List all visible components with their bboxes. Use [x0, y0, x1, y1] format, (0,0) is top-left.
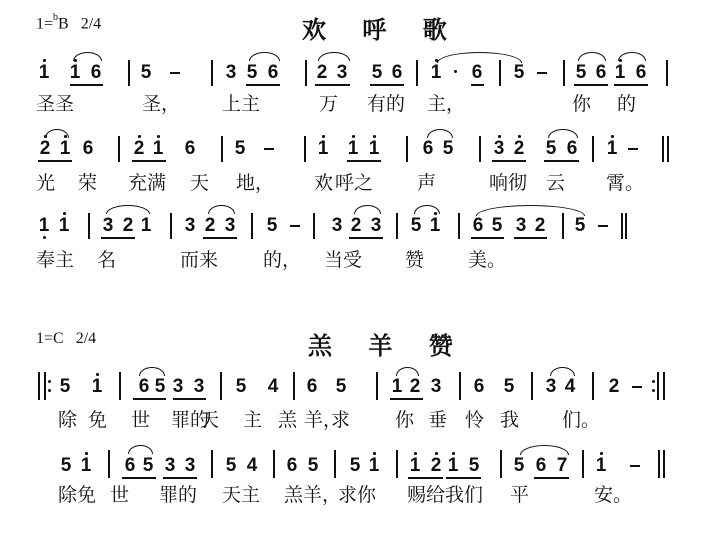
- slur-arc: [427, 129, 453, 138]
- note: 3: [184, 455, 196, 477]
- lyric: 罪的: [159, 484, 197, 506]
- lyric: 你: [572, 93, 591, 115]
- note: 3: [224, 215, 236, 237]
- lyric: 我: [500, 409, 519, 431]
- lyric: 主: [243, 409, 262, 431]
- lyric: 天主: [222, 484, 260, 506]
- slur-arc: [208, 205, 235, 214]
- lyric: 响彻: [489, 172, 527, 194]
- lyric: 万: [319, 93, 338, 115]
- time-signature: 2/4: [76, 330, 96, 347]
- underline-beam: [315, 84, 350, 86]
- lyric: 怜: [465, 409, 484, 431]
- barline: [396, 450, 398, 478]
- underline-beam: [408, 477, 443, 479]
- note: 1: [80, 455, 92, 477]
- dash-hold: [290, 225, 300, 227]
- barline: [499, 60, 501, 86]
- underline-beam: [514, 237, 547, 239]
- slur-arc: [139, 367, 165, 376]
- lyric: 们。: [562, 409, 600, 431]
- lyric: 的: [617, 93, 636, 115]
- note: 5: [307, 455, 319, 477]
- note: 6: [138, 376, 150, 398]
- note: 7: [556, 455, 568, 477]
- barline: [663, 372, 665, 400]
- barline: [119, 372, 121, 400]
- underline-beam: [492, 160, 526, 162]
- barline: [582, 450, 584, 478]
- note: 1: [69, 62, 81, 84]
- note: 6: [286, 455, 298, 477]
- underline-beam: [574, 84, 608, 86]
- note: 5: [545, 138, 557, 160]
- dash-hold: [537, 72, 547, 74]
- note: 2: [122, 215, 134, 237]
- lyric: 上主: [222, 93, 260, 115]
- underline-beam: [203, 237, 237, 239]
- underline-beam: [246, 84, 280, 86]
- lyric: 荣: [78, 172, 97, 194]
- note: 1: [152, 138, 164, 160]
- underline-beam: [349, 237, 383, 239]
- slur-arc: [318, 52, 350, 61]
- note: 6: [472, 215, 484, 237]
- note: 3: [102, 215, 114, 237]
- slur-arc: [437, 52, 522, 63]
- note: 5: [513, 62, 525, 84]
- lyric: 主，: [427, 93, 465, 115]
- repeat-dot: [48, 380, 51, 383]
- slur-arc: [73, 52, 102, 61]
- note: 5: [349, 455, 361, 477]
- note: 5: [225, 455, 237, 477]
- time-signature: 2/4: [81, 15, 101, 32]
- note: 2: [409, 376, 421, 398]
- note: 6: [635, 62, 647, 84]
- note: 5: [266, 215, 278, 237]
- note: 6: [90, 62, 102, 84]
- note: 2: [204, 215, 216, 237]
- slur-arc: [414, 205, 440, 214]
- note: 1: [317, 138, 329, 160]
- lyric: 声: [417, 172, 436, 194]
- note: 3: [184, 215, 196, 237]
- note: 4: [564, 376, 576, 398]
- note: 5: [154, 376, 166, 398]
- note: 3: [164, 455, 176, 477]
- lyric: 地，: [236, 172, 274, 194]
- note: 5: [234, 138, 246, 160]
- barline: [88, 213, 90, 239]
- note: 1: [91, 376, 103, 398]
- lyric: 有的: [367, 93, 405, 115]
- barline: [293, 372, 295, 400]
- lyric: 美。: [468, 249, 506, 271]
- slur-arc: [128, 445, 153, 454]
- note: 1: [140, 215, 152, 237]
- barline: [305, 60, 307, 86]
- note: 6: [306, 376, 318, 398]
- underline-beam: [132, 160, 166, 162]
- repeat-dot: [652, 389, 655, 392]
- note: 3: [193, 376, 205, 398]
- note: 1: [429, 215, 441, 237]
- barline: [621, 213, 623, 239]
- lyric: 免: [88, 409, 107, 431]
- note: 1: [409, 455, 421, 477]
- lyric: 天: [190, 172, 209, 194]
- note: 6: [473, 376, 485, 398]
- underline-beam: [133, 398, 166, 400]
- lyric: 当受: [324, 249, 362, 271]
- note: 6: [82, 138, 94, 160]
- underline-beam: [471, 237, 504, 239]
- note: 1: [347, 138, 359, 160]
- barline: [304, 136, 306, 162]
- barline: [625, 213, 627, 239]
- barline: [376, 372, 378, 400]
- underline-beam: [122, 477, 156, 479]
- dash-hold: [630, 465, 640, 467]
- barline: [531, 372, 533, 400]
- note: 2: [513, 138, 525, 160]
- note: 1: [595, 455, 607, 477]
- lyric: 你: [395, 409, 414, 431]
- note: 6: [471, 62, 483, 84]
- note: 3: [545, 376, 557, 398]
- note: 3: [172, 376, 184, 398]
- note: 5: [575, 62, 587, 84]
- lyric: 名: [97, 249, 116, 271]
- note: 5: [503, 376, 515, 398]
- lyric: 呼之: [335, 172, 373, 194]
- barline: [657, 372, 659, 400]
- barline: [500, 450, 502, 478]
- slur-arc: [550, 367, 575, 376]
- note: 6: [184, 138, 196, 160]
- underline-beam: [70, 84, 103, 86]
- note: 5: [142, 455, 154, 477]
- note: 3: [331, 215, 343, 237]
- note: 5: [491, 215, 503, 237]
- barline: [563, 60, 565, 86]
- barline: [273, 450, 275, 478]
- note: 2: [350, 215, 362, 237]
- note: 1: [614, 62, 626, 84]
- note: 5: [410, 215, 422, 237]
- dash-hold: [170, 72, 180, 74]
- lyric: 平: [510, 484, 529, 506]
- song1-title: 欢 呼 歌: [302, 10, 461, 45]
- note: 1: [447, 455, 459, 477]
- lyric: 羔羊，: [284, 484, 341, 506]
- song1-key-signature: 1=bB 2/4: [36, 14, 101, 33]
- note: 1: [606, 138, 618, 160]
- lyric: 欢: [314, 172, 333, 194]
- note: 3: [225, 62, 237, 84]
- repeat-dot: [652, 380, 655, 383]
- key-prefix: 1=: [36, 15, 53, 32]
- barline: [666, 60, 668, 86]
- barline: [170, 213, 172, 239]
- underline-beam: [544, 160, 579, 162]
- barline: [396, 213, 398, 239]
- barline: [592, 372, 594, 400]
- barline: [479, 136, 481, 162]
- underline-beam: [370, 84, 404, 86]
- barline: [458, 213, 460, 239]
- barline: [108, 450, 110, 478]
- note: 5: [140, 62, 152, 84]
- lyric: 圣，: [142, 93, 180, 115]
- underline-beam: [347, 160, 381, 162]
- barline: [44, 372, 46, 400]
- barline: [592, 136, 594, 162]
- underline-beam: [614, 84, 648, 86]
- lyric: 求你: [338, 484, 376, 506]
- slur-arc: [618, 52, 646, 61]
- note: 1: [38, 62, 50, 84]
- note: 1: [368, 138, 380, 160]
- flat-sign: b: [53, 12, 58, 23]
- note: 5: [235, 376, 247, 398]
- note: 3: [430, 376, 442, 398]
- note: 3: [336, 62, 348, 84]
- repeat-dot: [48, 389, 51, 392]
- lyric: 天: [200, 409, 219, 431]
- underline-beam: [534, 477, 569, 479]
- note: 6: [124, 455, 136, 477]
- barline: [658, 450, 660, 478]
- note: 2: [608, 376, 620, 398]
- lyric: 赐给我们: [407, 484, 483, 506]
- slur-arc: [45, 129, 69, 138]
- lyric: 赞: [405, 249, 424, 271]
- note: 6: [267, 62, 279, 84]
- lyric: 求: [331, 409, 350, 431]
- barline: [662, 136, 664, 162]
- lyric: 奉主: [36, 249, 74, 271]
- note: 3: [370, 215, 382, 237]
- barline: [663, 450, 665, 478]
- slur-arc: [354, 205, 381, 214]
- underline-beam: [390, 398, 423, 400]
- underline-beam: [471, 84, 484, 86]
- note: 4: [267, 376, 279, 398]
- slur-arc: [578, 52, 606, 61]
- note: 3: [493, 138, 505, 160]
- dot-extend: [454, 70, 457, 73]
- note: 1: [368, 455, 380, 477]
- dash-hold: [632, 386, 642, 388]
- note: 1: [59, 138, 71, 160]
- barline: [38, 372, 40, 400]
- barline: [211, 60, 213, 86]
- note: 5: [574, 215, 586, 237]
- note: 5: [442, 138, 454, 160]
- dash-hold: [598, 225, 608, 227]
- barline: [220, 372, 222, 400]
- key-note: B: [58, 15, 69, 32]
- note: 3: [515, 215, 527, 237]
- underline-beam: [101, 237, 135, 239]
- slur-arc: [396, 367, 419, 376]
- song2-title: 羔 羊 赞: [308, 326, 467, 361]
- underline-beam: [38, 160, 72, 162]
- note: 6: [595, 62, 607, 84]
- note: 5: [468, 455, 480, 477]
- lyric: 垂: [428, 409, 447, 431]
- lyric: 光: [36, 172, 55, 194]
- note: 6: [566, 138, 578, 160]
- note: 6: [391, 62, 403, 84]
- note: 6: [535, 455, 547, 477]
- slur-arc: [476, 205, 585, 216]
- lyric: 安。: [594, 484, 632, 506]
- slur-arc: [249, 52, 280, 61]
- slur-arc: [548, 129, 578, 138]
- underline-beam: [173, 398, 206, 400]
- lyric: 云: [546, 172, 565, 194]
- note: 6: [422, 138, 434, 160]
- dash-hold: [264, 148, 274, 150]
- barline: [459, 372, 461, 400]
- note: 5: [513, 455, 525, 477]
- note: 5: [59, 376, 71, 398]
- note: 2: [534, 215, 546, 237]
- barline: [562, 213, 564, 239]
- slur-arc: [520, 445, 569, 455]
- song2-key-signature: 1=C 2/4: [36, 330, 96, 348]
- note: 1: [38, 215, 50, 237]
- note: 2: [133, 138, 145, 160]
- barline: [118, 136, 120, 162]
- note: 1: [58, 215, 70, 237]
- barline: [313, 213, 315, 239]
- note: 4: [246, 455, 258, 477]
- note: 5: [60, 455, 72, 477]
- barline: [251, 213, 253, 239]
- lyric: 充满: [128, 172, 166, 194]
- slur-arc: [106, 205, 150, 214]
- barline: [211, 450, 213, 478]
- barline: [128, 60, 130, 86]
- barline: [221, 136, 223, 162]
- dash-hold: [628, 148, 638, 150]
- note: 5: [335, 376, 347, 398]
- lyric: 羔: [278, 409, 297, 431]
- underline-beam: [446, 477, 481, 479]
- lyric: 霄。: [606, 172, 644, 194]
- barline: [334, 450, 336, 478]
- note: 1: [391, 376, 403, 398]
- lyric: 圣圣: [36, 93, 74, 115]
- note: 2: [430, 455, 442, 477]
- lyric: 世: [110, 484, 129, 506]
- lyric: 世: [131, 409, 150, 431]
- note: 5: [246, 62, 258, 84]
- underline-beam: [163, 477, 197, 479]
- lyric: 而来: [180, 249, 218, 271]
- barline: [416, 60, 418, 86]
- barline: [667, 136, 669, 162]
- key: 1=C: [36, 330, 64, 347]
- lyric: 除免: [58, 484, 96, 506]
- lyric: 除: [58, 409, 77, 431]
- note: 2: [316, 62, 328, 84]
- dot-below: [43, 236, 46, 239]
- lyric: 的，: [263, 249, 301, 271]
- note: 2: [39, 138, 51, 160]
- barline: [406, 136, 408, 162]
- note: 1: [430, 62, 442, 84]
- note: 5: [371, 62, 383, 84]
